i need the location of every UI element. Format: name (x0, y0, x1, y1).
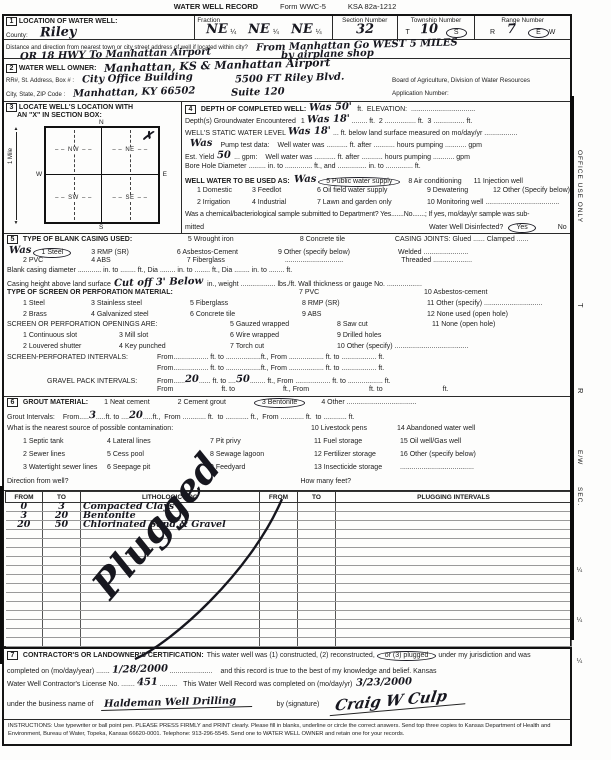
business-name: Haldeman Well Drilling (101, 695, 252, 711)
log-cell (298, 530, 336, 539)
log-cell (336, 638, 572, 647)
form-text: ft. ELEVATION: .........................… (357, 106, 475, 113)
log-cell (260, 575, 298, 584)
log-cell (43, 638, 81, 647)
form-text: 4 ABS (91, 257, 110, 264)
log-cell (6, 638, 43, 647)
form-text: .............................. (285, 257, 343, 264)
log-cell (81, 548, 260, 557)
log-cell (336, 530, 572, 539)
log-cell (81, 539, 260, 548)
lithologic-log-section: FROMTOLITHOLOGIC LOGFROMTOPLUGGING INTER… (4, 491, 570, 647)
form-text: in., weight .................. lbs./ft. … (207, 281, 422, 288)
form-line: Grout Intervals:From.....3.....ft. to ..… (7, 411, 570, 424)
form-text: 4 Other ................................… (321, 399, 416, 406)
township-value: 10 (420, 22, 438, 37)
form-line: 1 Septic tank4 Lateral lines7 Pit privy1… (7, 438, 570, 451)
log-row (6, 575, 572, 584)
log-cell (260, 503, 298, 512)
log-table-body: 03Compacted Clays320Bentonite2050Chlorin… (6, 503, 572, 647)
form-line: GRAVEL PACK INTERVALS:From......20......… (7, 375, 570, 386)
form-text: 8 Concrete tile (300, 236, 395, 243)
form-line: WasPump test data:Well water was .......… (185, 139, 570, 151)
form-text: Est. Yield (185, 154, 214, 161)
log-cell (81, 620, 260, 629)
section3-title-line2: AN "X" IN SECTION BOX: (17, 112, 179, 119)
form-text: Blank casing diameter ............ in. t… (7, 267, 292, 274)
form-text: From...... (157, 378, 185, 385)
form-text: 7 Torch cut (230, 343, 337, 350)
log-cell (260, 566, 298, 575)
range-value: 7 (507, 22, 516, 37)
form-text: 5 Fiberglass (190, 300, 302, 307)
form-text: This water well was (1) constructed, (2)… (207, 652, 375, 659)
form-text: 8 Sewage lagoon (210, 451, 314, 458)
form-text: ft. (443, 386, 449, 393)
form-text: No (558, 224, 567, 231)
log-cell (6, 611, 43, 620)
owner-address-label: RR#, St. Address, Box # : (6, 78, 74, 84)
log-cell (81, 629, 260, 638)
form-line: From.................. ft. to ..........… (7, 365, 570, 376)
log-cell (260, 611, 298, 620)
form-text: 4 Key punched (119, 343, 230, 350)
log-row (6, 620, 572, 629)
form-line: Casing height above land surfaceCut off … (7, 278, 570, 289)
form-text: 8 RMP (SR) (302, 300, 427, 307)
form-text: 6 (7, 398, 18, 407)
form-line: 4DEPTH OF COMPLETED WELL:Was 50'ft. ELEV… (185, 103, 570, 115)
log-cell (336, 602, 572, 611)
est-yield-value: 50 (217, 150, 231, 161)
log-cell (43, 620, 81, 629)
form-text: 11 Other (specify) .....................… (427, 300, 542, 307)
form-text: From (157, 386, 173, 393)
form-text: Well water was ........... ft. after ...… (277, 142, 482, 149)
range-value-row: R7EW (477, 23, 568, 38)
log-cell (81, 557, 260, 566)
cert-plugged: or (3) plugged (377, 651, 437, 661)
log-row (6, 629, 572, 638)
direction-west-label: W (36, 171, 42, 178)
township-cell: Township Number T10S (398, 16, 476, 39)
gravel-pack-to: 50 (236, 374, 250, 385)
form-text: .....ft., From ............ ft. to .....… (143, 414, 355, 421)
quadrant-sw-label: SW (67, 195, 80, 201)
form-line: SCREEN-PERFORATED INTERVALS:From........… (7, 354, 570, 365)
form-text: Well water was ........... ft. after ...… (265, 154, 470, 161)
form-text: 7 PVC (299, 289, 424, 296)
form-number: Form WWC-5 (280, 2, 326, 11)
form-text: 3 Stainless steel (91, 300, 190, 307)
log-cell (336, 566, 572, 575)
form-text: 6 Asbestos-Cement (177, 249, 238, 256)
range-east: E (528, 28, 549, 38)
section2-number: 2 (6, 64, 17, 73)
section-number-cell: Section Number 32 (333, 16, 398, 39)
form-text: WELL'S STATIC WATER LEVEL (185, 130, 286, 137)
form-text: GRAVEL PACK INTERVALS: (47, 378, 157, 385)
log-cell (6, 584, 43, 593)
form-text: 1 Continuous slot (23, 332, 119, 339)
log-row (6, 602, 572, 611)
log-cell (43, 548, 81, 557)
form-title: WATER WELL RECORD (174, 2, 258, 11)
log-cell (43, 539, 81, 548)
log-cell (336, 593, 572, 602)
distance-row: Distance and direction from nearest town… (4, 40, 570, 59)
license-number: 451 (137, 677, 158, 689)
instructions-text: INSTRUCTIONS: Use typewriter or ball poi… (4, 720, 570, 744)
form-text: ... ft. below land surface measured on m… (333, 130, 517, 137)
form-text: 2 Irrigation (197, 199, 252, 206)
form-text: 14 Abandoned water well (397, 425, 475, 432)
log-col-header: FROM (260, 492, 298, 503)
form-text: SCREEN-PERFORATED INTERVALS: (7, 354, 157, 361)
form-text: 12 Fertilizer storage (314, 451, 400, 458)
form-text: 4 (185, 105, 196, 114)
log-cell (336, 512, 572, 521)
section3-locate: 3LOCATE WELL'S LOCATION WITH AN "X" IN S… (4, 102, 182, 233)
log-cell (260, 620, 298, 629)
form-text: 10 Asbestos-cement (424, 289, 487, 296)
fraction-quarter-1: NE (205, 22, 227, 38)
fraction-quarter-2: NE (248, 22, 270, 38)
log-cell (260, 602, 298, 611)
form-text: Casing height above land surface (7, 281, 111, 288)
form-text: WELL WATER TO BE USED AS: (185, 178, 290, 185)
owner-city-value2: Suite 120 (231, 86, 285, 98)
pump-test-note: Was (190, 138, 213, 150)
form-text: 7 Pit privy (210, 438, 314, 445)
log-cell (336, 620, 572, 629)
form-text: ft., From (283, 386, 309, 393)
log-cell (43, 557, 81, 566)
form-text: How many feet? (300, 478, 351, 485)
log-cell (81, 611, 260, 620)
right-edge-bar (570, 96, 574, 640)
form-text: 8 Saw cut (337, 321, 432, 328)
log-cell (81, 566, 260, 575)
form-text: 2 PVC (23, 257, 43, 264)
log-cell (81, 575, 260, 584)
log-cell (43, 584, 81, 593)
form-line: 2 PVC4 ABS7 Fiberglass..................… (7, 257, 570, 268)
form-text: 9 ABS (302, 311, 427, 318)
form-line: Fromft. toft., Fromft. toft. (7, 386, 570, 397)
margin-quarter-2: ¼ (576, 617, 583, 625)
log-cell (81, 530, 260, 539)
log-cell-value: Chlorinated Sand & Gravel (81, 521, 260, 530)
section7-lines: 7CONTRACTOR'S OR LANDOWNER'S CERTIFICATI… (7, 651, 567, 710)
form-text: 1 (301, 118, 305, 125)
direction-east-label: E (163, 171, 167, 178)
form-text: ... gpm: (234, 154, 257, 161)
log-cell-value: 50 (43, 521, 81, 530)
grout-interval-from: 3 (89, 410, 96, 421)
section3-title-line1: LOCATE WELL'S LOCATION WITH (19, 104, 133, 111)
form-text: Water Well Contractor's License No. ....… (7, 681, 135, 688)
form-text: 5 (7, 235, 18, 244)
log-row (6, 548, 572, 557)
log-cell (336, 629, 572, 638)
form-text: DEPTH OF COMPLETED WELL: (201, 106, 306, 113)
form-text: Depth(s) Groundwater Encountered (185, 118, 296, 125)
margin-t-label: T (576, 303, 585, 309)
form-text: 7 Lawn and garden only (317, 199, 427, 206)
board-column: Board of Agriculture, Division of Water … (392, 74, 530, 100)
section5-lines: 5TYPE OF BLANK CASING USED:5 Wrought iro… (7, 235, 570, 397)
form-line: 1 Domestic3 Feedlot6 Oil field water sup… (185, 187, 570, 199)
static-water-level: Was 18' (288, 125, 331, 137)
use-public-water-supply: 5 Public water supply (318, 177, 400, 187)
log-cell (260, 584, 298, 593)
form-text: ........ ft., From .................. ft… (250, 378, 391, 385)
log-cell (260, 638, 298, 647)
margin-quarter-1: ¼ (576, 567, 583, 575)
log-cell (43, 602, 81, 611)
form-text: 11 Injection well (474, 178, 523, 185)
form-line: Was1 Steel3 RMP (SR)6 Asbestos-Cement9 O… (7, 246, 570, 257)
form-line: 2 Sewer lines5 Cess pool8 Sewage lagoon1… (7, 451, 570, 464)
log-cell (298, 611, 336, 620)
casing-note: Was (9, 245, 32, 257)
quadrant-se: SE (102, 175, 158, 222)
log-cell (336, 557, 572, 566)
fraction-cell: Fraction NE¼NE¼NE¼ (195, 16, 333, 39)
log-cell (260, 629, 298, 638)
form-line: 2 Brass4 Galvanized steel6 Concrete tile… (7, 311, 570, 322)
form-text: 5 Cess pool (107, 451, 210, 458)
log-cell (336, 521, 572, 530)
margin-quarter-3: ¼ (576, 658, 583, 666)
form-text: ¼ (316, 29, 322, 36)
form-text: 2 Brass (23, 311, 91, 318)
section7-certification: 7CONTRACTOR'S OR LANDOWNER'S CERTIFICATI… (4, 647, 570, 720)
form-text: 4 Galvanized steel (91, 311, 190, 318)
record-completed-date: 3/23/2000 (356, 676, 412, 688)
form-text: 5 Gauzed wrapped (230, 321, 337, 328)
log-cell (81, 602, 260, 611)
form-text: ...... ft. to .... (199, 378, 236, 385)
form-text: From..... (63, 414, 89, 421)
form-text: 2 Sewer lines (23, 451, 107, 458)
form-text: ft. to (369, 386, 383, 393)
form-text: mitted (185, 224, 204, 231)
application-number-label: Application Number: (392, 87, 530, 100)
log-cell (43, 566, 81, 575)
log-table: FROMTOLITHOLOGIC LOGFROMTOPLUGGING INTER… (5, 491, 572, 647)
log-cell (298, 503, 336, 512)
form-text: This Water Well Record was completed on … (183, 681, 352, 688)
log-row (6, 566, 572, 575)
county-label: County: (6, 32, 28, 39)
log-cell (298, 602, 336, 611)
form-text: 3 Mill slot (119, 332, 230, 339)
form-line: Was a chemical/bacteriological sample su… (185, 211, 570, 223)
log-cell (6, 530, 43, 539)
log-cell (336, 503, 572, 512)
form-text: under my jurisdiction and was (438, 652, 530, 659)
margin-sec-label: SEC. (576, 487, 583, 506)
form-text: 10 Other (specify) .....................… (337, 343, 468, 350)
form-text: 9 Other (specify below) (278, 249, 350, 256)
quadrant-nw: NW (46, 128, 102, 175)
section-number-value: 32 (355, 22, 373, 37)
left-edge-bar (0, 486, 3, 664)
direction-south-label: S (99, 224, 103, 231)
form-line: 1 Continuous slot3 Mill slot6 Wire wrapp… (7, 332, 570, 343)
form-text: Water Well Disinfected? (429, 224, 503, 231)
form-text: 1 Neat cement (104, 399, 150, 406)
section6-lines: 6GROUT MATERIAL:1 Neat cement2 Cement gr… (7, 398, 570, 491)
section-box-diagram: N S W E NW NE✗ SW SE (44, 126, 160, 224)
form-text: What is the nearest source of possible c… (7, 425, 197, 432)
log-cell (43, 593, 81, 602)
log-cell (260, 557, 298, 566)
log-cell (298, 512, 336, 521)
gravel-pack-from: 20 (185, 374, 199, 385)
form-line: 1 Steel3 Stainless steel5 Fiberglass8 RM… (7, 300, 570, 311)
form-body: 1LOCATION OF WATER WELL: County: Riley F… (2, 14, 572, 746)
form-text: ........ ft. 2 ................ ft. 3 ..… (352, 118, 473, 125)
form-line: Water Well Contractor's License No. ....… (7, 678, 567, 692)
form-text: 4 Lateral lines (107, 438, 210, 445)
form-text: 13 Insecticide storage (314, 464, 400, 471)
township-value-row: T10S (400, 23, 473, 38)
form-line: completed on (mo/day/year) .......1/28/2… (7, 665, 567, 679)
section3-4-block: 3LOCATE WELL'S LOCATION WITH AN "X" IN S… (4, 102, 570, 234)
form-text: ft. to (221, 386, 235, 393)
form-text: ¼ (230, 29, 236, 36)
log-cell (336, 575, 572, 584)
log-cell (336, 548, 572, 557)
form-text: 7 Fiberglass (187, 257, 225, 264)
form-text: 11 Fuel storage (314, 438, 400, 445)
mile-scale-label: 1 Mile (8, 148, 14, 164)
form-text: completed on (mo/day/year) ....... (7, 668, 110, 675)
margin-r-label: R (576, 388, 585, 394)
log-row (6, 638, 572, 647)
log-row (6, 584, 572, 593)
form-line: Est. Yield50... gpm:Well water was .....… (185, 151, 570, 163)
form-line: Blank casing diameter ............ in. t… (7, 267, 570, 278)
log-cell (260, 548, 298, 557)
fraction-quarter-3: NE (291, 22, 313, 38)
casing-height-value: Cut off 3' Below (114, 276, 203, 289)
log-row: 2050Chlorinated Sand & Gravel (6, 521, 572, 530)
log-cell (260, 593, 298, 602)
form-statute: KSA 82a-1212 (348, 2, 396, 11)
form-line: 3 Watertight sewer lines6 Seepage pit9 F… (7, 464, 570, 477)
log-cell (260, 530, 298, 539)
form-line: SCREEN OR PERFORATION OPENINGS ARE:5 Gau… (7, 321, 570, 332)
direction-north-label: N (99, 119, 104, 126)
form-text: From.................. ft. to ..........… (157, 365, 384, 372)
form-text: Threaded .................... (401, 257, 472, 264)
form-text: R (490, 29, 495, 36)
form-text: 3 Watertight sewer lines (23, 464, 107, 471)
form-text: CASING JOINTS: Glued ...... Clamped ....… (395, 236, 528, 243)
form-text: 6 Oil field water supply (317, 187, 427, 194)
disinfected-yes: Yes (508, 223, 535, 233)
log-cell (6, 620, 43, 629)
mile-scale-bar (16, 132, 17, 220)
form-text: 7 (7, 651, 18, 660)
quadrant-nw-label: NW (67, 147, 80, 153)
form-text: ...................... (170, 668, 213, 675)
form-text: ...................................... (400, 464, 474, 471)
log-cell (336, 611, 572, 620)
log-cell (298, 557, 336, 566)
form-text: 12 Other (Specify below) (493, 187, 570, 194)
form-text: CONTRACTOR'S OR LANDOWNER'S CERTIFICATIO… (23, 652, 204, 659)
form-text: 10 Livestock pens (311, 425, 397, 432)
quadrant-ne: NE✗ (102, 128, 158, 175)
form-text: 6 Seepage pit (107, 464, 210, 471)
log-cell (298, 629, 336, 638)
form-line: TYPE OF SCREEN OR PERFORATION MATERIAL:7… (7, 289, 570, 300)
form-text: 1 Domestic (197, 187, 252, 194)
form-text: under the business name of (7, 701, 93, 708)
form-title-row: WATER WELL RECORD Form WWC-5 KSA 82a-121… (0, 2, 570, 11)
log-cell (336, 584, 572, 593)
grout-bentonite: 3 Bentonite (254, 398, 305, 408)
log-cell (81, 584, 260, 593)
form-text: .....ft. to .... (96, 414, 129, 421)
range-cell: Range Number R7EW (475, 16, 570, 39)
form-text: W (549, 29, 556, 36)
quadrant-ne-label: NE (124, 147, 135, 153)
form-text: 9 Drilled holes (337, 332, 381, 339)
log-col-header: PLUGGING INTERVALS (336, 492, 572, 503)
form-text: TYPE OF BLANK CASING USED: (23, 236, 188, 243)
section6-grout: 6GROUT MATERIAL:1 Neat cement2 Cement gr… (4, 397, 570, 491)
log-cell (298, 593, 336, 602)
quadrant-se-label: SE (124, 195, 135, 201)
fraction-value: NE¼NE¼NE¼ (197, 23, 330, 38)
form-text: From.................. ft. to ..........… (157, 354, 384, 361)
log-cell (6, 602, 43, 611)
form-text: 1 Steel (23, 300, 91, 307)
log-cell (336, 539, 572, 548)
log-cell (298, 548, 336, 557)
log-row (6, 593, 572, 602)
log-cell (6, 566, 43, 575)
form-text: 12 None used (open hole) (427, 311, 508, 318)
form-text: 8 Air conditioning (408, 178, 461, 185)
owner-city-value: Manhattan, KY 66502 (73, 85, 196, 99)
disinfected-line: mittedWater Well Disinfected?YesNo (185, 223, 570, 235)
section4-lines: 4DEPTH OF COMPLETED WELL:Was 50'ft. ELEV… (185, 103, 570, 223)
log-cell (6, 548, 43, 557)
form-text: SCREEN OR PERFORATION OPENINGS ARE: (7, 321, 230, 328)
form-line: What is the nearest source of possible c… (7, 425, 570, 438)
log-cell (81, 638, 260, 647)
log-cell (43, 575, 81, 584)
use-note: Was (294, 174, 317, 186)
water-well-record-form: WATER WELL RECORD Form WWC-5 KSA 82a-121… (0, 0, 611, 760)
form-line: Bore Hole Diameter ......... in. to ....… (185, 163, 570, 175)
form-text: 3 Feedlot (252, 187, 317, 194)
owner-address-value2: 5500 FT Riley Blvd. (235, 72, 345, 86)
section3-number: 3 (6, 103, 17, 112)
form-text: 2 Louvered shutter (23, 343, 119, 350)
form-text: 9 Feedyard (210, 464, 314, 471)
log-cell (298, 566, 336, 575)
section5-casing: 5TYPE OF BLANK CASING USED:5 Wrought iro… (4, 234, 570, 397)
log-cell (298, 638, 336, 647)
